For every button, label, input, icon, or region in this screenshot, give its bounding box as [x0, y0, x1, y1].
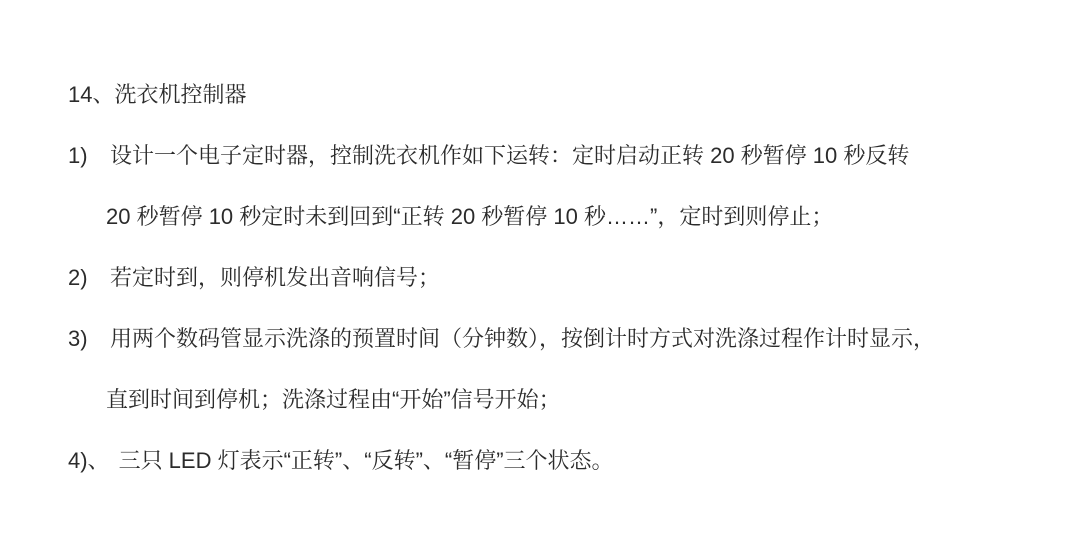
list-item-4-line-1: 4)、 三只 LED 灯表示“正转”、“反转”、“暂停”三个状态。	[68, 430, 1040, 491]
document-body: 14、洗衣机控制器 1) 设计一个电子定时器，控制洗衣机作如下运转：定时启动正转…	[68, 64, 1040, 491]
document-page: 14、洗衣机控制器 1) 设计一个电子定时器，控制洗衣机作如下运转：定时启动正转…	[0, 0, 1080, 544]
list-item-1-continuation: 20 秒暂停 10 秒定时未到回到“正转 20 秒暂停 10 秒……”，定时到则…	[106, 202, 833, 232]
list-item-3-number: 3)	[68, 324, 110, 354]
list-item-2-number: 2)	[68, 263, 110, 293]
list-item-3-continuation: 直到时间到停机；洗涤过程由“开始”信号开始；	[106, 385, 561, 415]
list-item-1-line-2: 20 秒暂停 10 秒定时未到回到“正转 20 秒暂停 10 秒……”，定时到则…	[68, 186, 1040, 247]
list-item-1-number: 1)	[68, 141, 110, 171]
list-item-2-text: 若定时到，则停机发出音响信号；	[110, 263, 440, 293]
section-heading: 14、洗衣机控制器	[68, 80, 246, 110]
list-item-4-number: 4)、	[68, 446, 110, 476]
list-item-3-text: 用两个数码管显示洗涤的预置时间（分钟数），按倒计时方式对洗涤过程作计时显示，	[110, 324, 935, 354]
list-item-1-line-1: 1) 设计一个电子定时器，控制洗衣机作如下运转：定时启动正转 20 秒暂停 10…	[68, 125, 1040, 186]
list-item-4-text: 三只 LED 灯表示“正转”、“反转”、“暂停”三个状态。	[119, 446, 614, 476]
list-item-2-line-1: 2) 若定时到，则停机发出音响信号；	[68, 247, 1040, 308]
list-item-1-text: 设计一个电子定时器，控制洗衣机作如下运转：定时启动正转 20 秒暂停 10 秒反…	[110, 141, 909, 171]
list-item-3-line-2: 直到时间到停机；洗涤过程由“开始”信号开始；	[68, 369, 1040, 430]
list-item-3-line-1: 3) 用两个数码管显示洗涤的预置时间（分钟数），按倒计时方式对洗涤过程作计时显示…	[68, 308, 1040, 369]
section-heading-line: 14、洗衣机控制器	[68, 64, 1040, 125]
